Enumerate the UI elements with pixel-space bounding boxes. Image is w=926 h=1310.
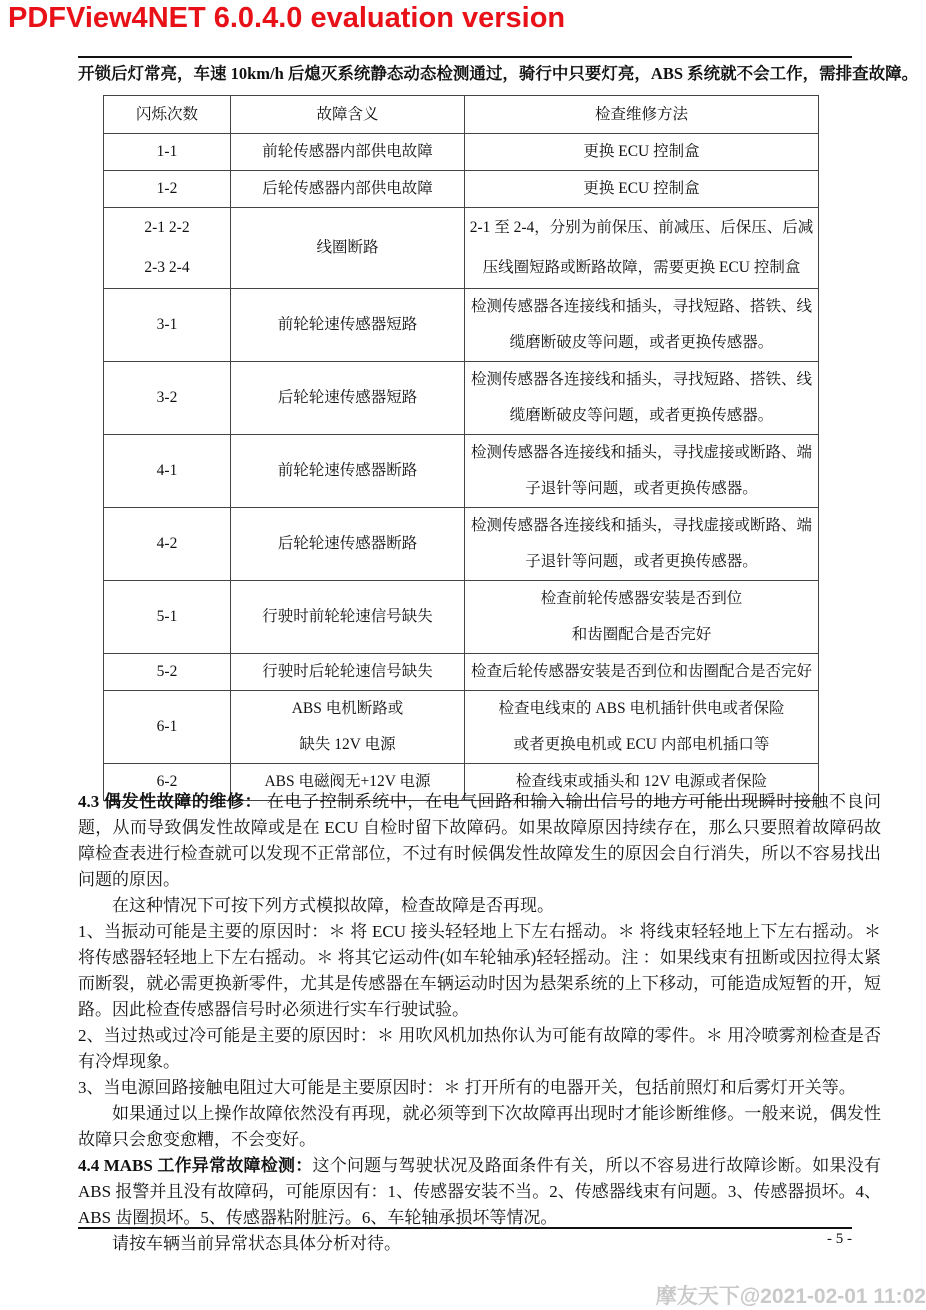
footer-rule bbox=[78, 1227, 852, 1229]
table-header-row: 闪烁次数 故障含义 检查维修方法 bbox=[104, 96, 819, 134]
fault-code-cell: 5-2 bbox=[104, 654, 231, 691]
table-row: 5-2 行驶时后轮轮速信号缺失 检查后轮传感器安装是否到位和齿圈配合是否完好 bbox=[104, 654, 819, 691]
list-item-3: 3、当电源回路接触电阻过大可能是主要原因时：＊ 打开所有的电器开关，包括前照灯和… bbox=[78, 1075, 881, 1101]
table-row: 4-1 前轮轮速传感器断路 检测传感器各连接线和插头，寻找虚接或断路、端子退针等… bbox=[104, 435, 819, 508]
table-row: 6-1 ABS 电机断路或 缺失 12V 电源 检查电线束的 ABS 电机插针供… bbox=[104, 691, 819, 764]
list-item-2: 2、当过热或过冷可能是主要的原因时：＊ 用吹风机加热你认为可能有故障的零件。＊ … bbox=[78, 1023, 881, 1075]
fault-code-cell: 5-1 bbox=[104, 581, 231, 654]
repair-method-cell: 检查后轮传感器安装是否到位和齿圈配合是否完好 bbox=[465, 654, 819, 691]
list-item-1: 1、当振动可能是主要的原因时：＊ 将 ECU 接头轻轻地上下左右摇动。＊ 将线束… bbox=[78, 919, 881, 1023]
column-header-fault-meaning: 故障含义 bbox=[231, 96, 465, 134]
table-row: 1-2 后轮传感器内部供电故障 更换 ECU 控制盒 bbox=[104, 171, 819, 208]
repair-method-cell: 检测传感器各连接线和插头，寻找虚接或断路、端子退针等问题，或者更换传感器。 bbox=[465, 435, 819, 508]
fault-code-cell: 3-2 bbox=[104, 362, 231, 435]
fault-meaning-cell: 后轮传感器内部供电故障 bbox=[231, 171, 465, 208]
fault-meaning-cell: 行驶时后轮轮速信号缺失 bbox=[231, 654, 465, 691]
fault-code-cell: 1-1 bbox=[104, 134, 231, 171]
repair-method-cell: 检查前轮传感器安装是否到位 和齿圈配合是否完好 bbox=[465, 581, 819, 654]
fault-code-cell: 6-1 bbox=[104, 691, 231, 764]
repair-method-cell: 2-1 至 2-4，分别为前保压、前减压、后保压、后减压线圈短路或断路故障，需要… bbox=[465, 208, 819, 289]
watermark: 摩友天下@2021-02-01 11:02 bbox=[656, 1280, 926, 1310]
section-4-4-heading: 4.4 MABS 工作异常故障检测： bbox=[78, 1156, 312, 1175]
repair-method-cell: 检测传感器各连接线和插头，寻找短路、搭铁、线缆磨断破皮等问题，或者更换传感器。 bbox=[465, 289, 819, 362]
fault-meaning-cell: 行驶时前轮轮速信号缺失 bbox=[231, 581, 465, 654]
fault-meaning-cell: 后轮轮速传感器断路 bbox=[231, 508, 465, 581]
intro-note: 开锁后灯常亮，车速 10km/h 后熄灭系统静态动态检测通过，骑行中只要灯亮，A… bbox=[78, 60, 868, 84]
fault-code-cell: 3-1 bbox=[104, 289, 231, 362]
fault-meaning-cell: 前轮传感器内部供电故障 bbox=[231, 134, 465, 171]
table-row: 4-2 后轮轮速传感器断路 检测传感器各连接线和插头，寻找虚接或断路、端子退针等… bbox=[104, 508, 819, 581]
paragraph-retry: 如果通过以上操作故障依然没有再现，就必须等到下次故障再出现时才能诊断维修。一般来… bbox=[78, 1101, 881, 1153]
repair-method-cell: 检测传感器各连接线和插头，寻找短路、搭铁、线缆磨断破皮等问题，或者更换传感器。 bbox=[465, 362, 819, 435]
repair-method-cell: 检测传感器各连接线和插头，寻找虚接或断路、端子退针等问题，或者更换传感器。 bbox=[465, 508, 819, 581]
repair-method-cell: 更换 ECU 控制盒 bbox=[465, 171, 819, 208]
fault-meaning-cell: 线圈断路 bbox=[231, 208, 465, 289]
paragraph-simulate: 在这种情况下可按下列方式模拟故障，检查故障是否再现。 bbox=[78, 893, 881, 919]
repair-method-cell: 检查电线束的 ABS 电机插针供电或者保险 或者更换电机或 ECU 内部电机插口… bbox=[465, 691, 819, 764]
column-header-flash-count: 闪烁次数 bbox=[104, 96, 231, 134]
fault-meaning-cell: 后轮轮速传感器短路 bbox=[231, 362, 465, 435]
section-4-3-paragraph: 4.3 偶发性故障的维修： 在电子控制系统中，在电气回路和输入输出信号的地方可能… bbox=[78, 789, 881, 893]
table-row: 3-2 后轮轮速传感器短路 检测传感器各连接线和插头，寻找短路、搭铁、线缆磨断破… bbox=[104, 362, 819, 435]
table-row: 5-1 行驶时前轮轮速信号缺失 检查前轮传感器安装是否到位 和齿圈配合是否完好 bbox=[104, 581, 819, 654]
evaluation-banner: PDFView4NET 6.0.4.0 evaluation version bbox=[8, 2, 565, 35]
fault-meaning-cell: ABS 电机断路或 缺失 12V 电源 bbox=[231, 691, 465, 764]
repair-method-cell: 更换 ECU 控制盒 bbox=[465, 134, 819, 171]
fault-code-cell: 2-1 2-2 2-3 2-4 bbox=[104, 208, 231, 289]
column-header-repair-method: 检查维修方法 bbox=[465, 96, 819, 134]
fault-meaning-cell: 前轮轮速传感器断路 bbox=[231, 435, 465, 508]
table-row: 3-1 前轮轮速传感器短路 检测传感器各连接线和插头，寻找短路、搭铁、线缆磨断破… bbox=[104, 289, 819, 362]
fault-meaning-cell: 前轮轮速传感器短路 bbox=[231, 289, 465, 362]
document-body: 4.3 偶发性故障的维修： 在电子控制系统中，在电气回路和输入输出信号的地方可能… bbox=[78, 789, 881, 1257]
table-row: 2-1 2-2 2-3 2-4 线圈断路 2-1 至 2-4，分别为前保压、前减… bbox=[104, 208, 819, 289]
table-row: 1-1 前轮传感器内部供电故障 更换 ECU 控制盒 bbox=[104, 134, 819, 171]
fault-code-table: 闪烁次数 故障含义 检查维修方法 1-1 前轮传感器内部供电故障 更换 ECU … bbox=[103, 95, 819, 801]
top-rule bbox=[78, 56, 852, 58]
section-4-3-heading: 4.3 偶发性故障的维修： bbox=[78, 792, 262, 811]
fault-code-cell: 4-1 bbox=[104, 435, 231, 508]
fault-code-cell: 4-2 bbox=[104, 508, 231, 581]
section-4-4-paragraph: 4.4 MABS 工作异常故障检测：这个问题与驾驶状况及路面条件有关，所以不容易… bbox=[78, 1153, 881, 1231]
page-number: - 5 - bbox=[78, 1231, 852, 1248]
fault-code-cell: 1-2 bbox=[104, 171, 231, 208]
